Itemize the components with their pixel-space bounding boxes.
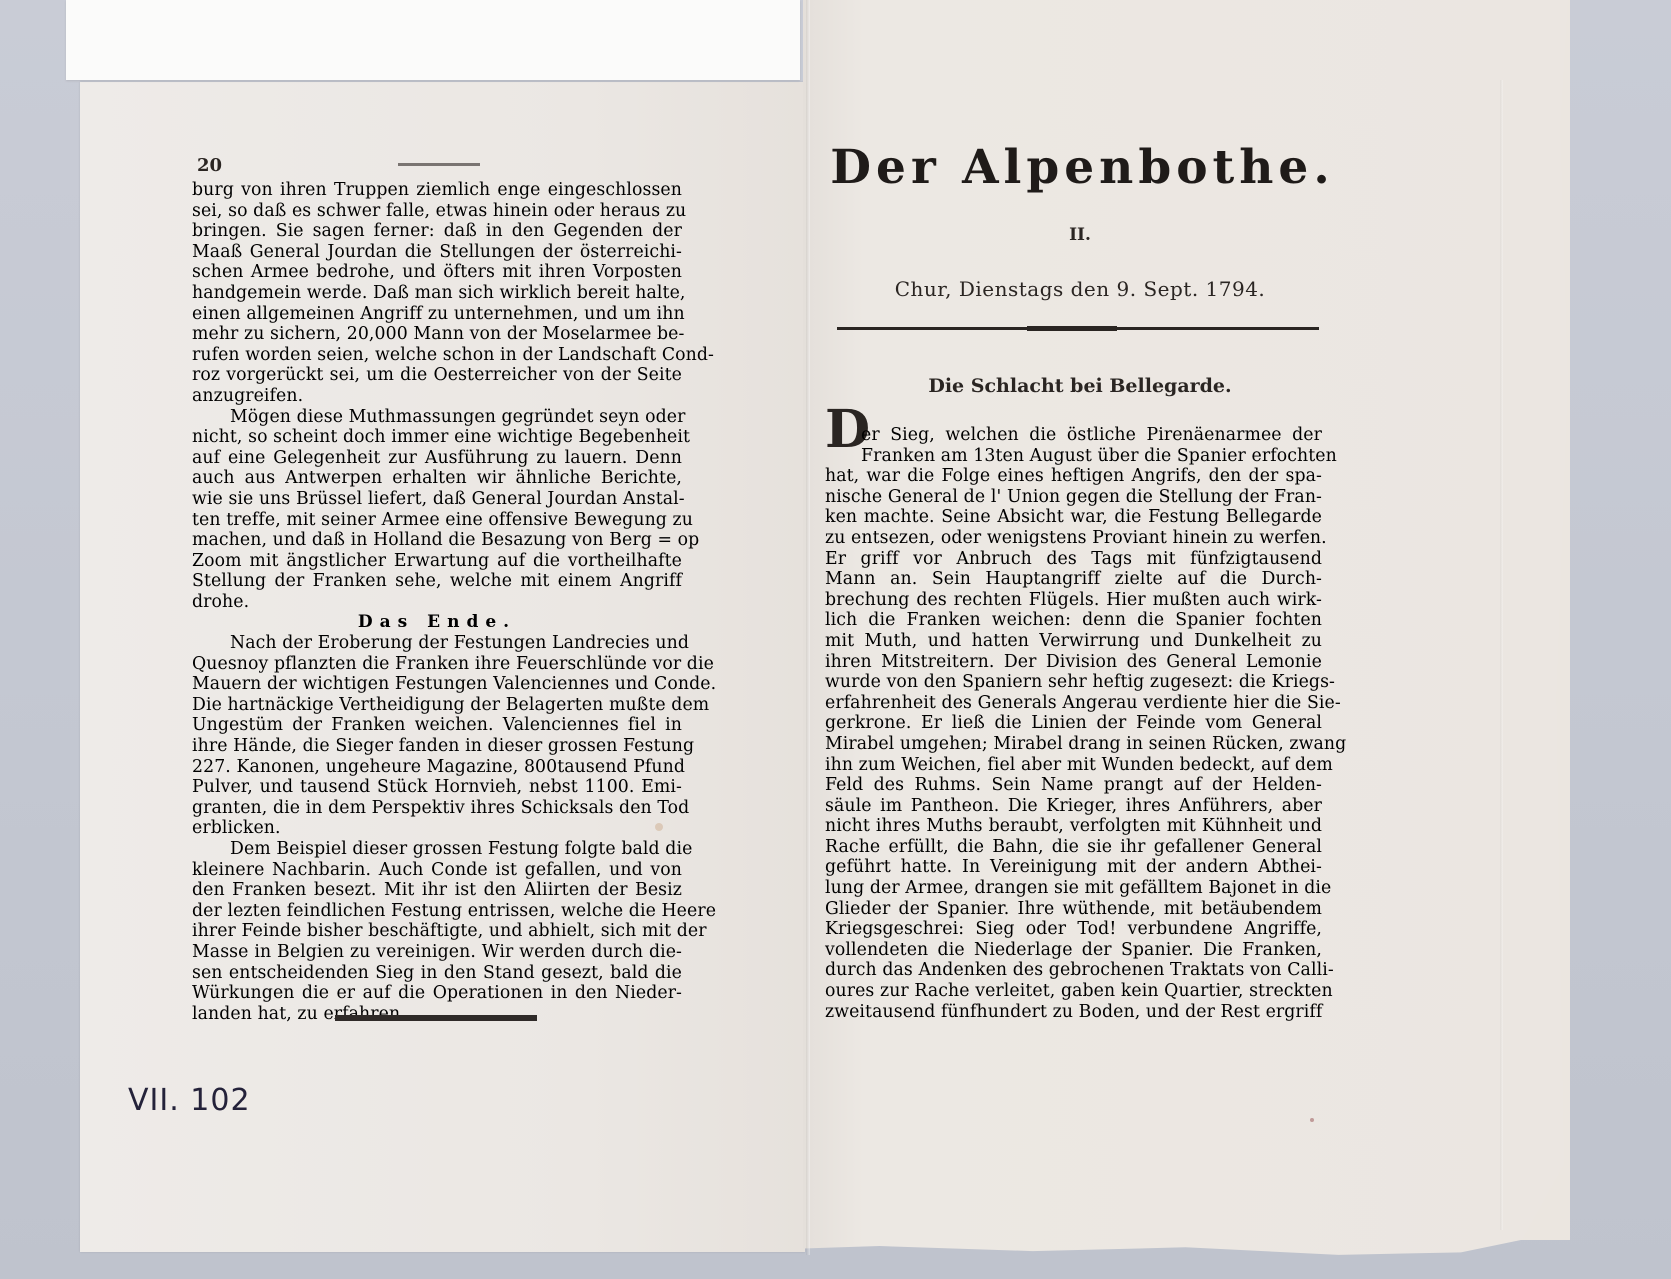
text-line: Ungestüm der Franken weichen. Valencienn…: [192, 715, 682, 736]
text-line: ten treffe, mit seiner Armee eine offens…: [192, 510, 682, 531]
text-line: kleinere Nachbarin. Auch Conde ist gefal…: [192, 860, 682, 881]
text-line: roz vorgerückt sei, um die Oesterreicher…: [192, 365, 682, 386]
text-line: auch aus Antwerpen erhalten wir ähnliche…: [192, 468, 682, 489]
center-fold: [806, 0, 810, 1255]
text-line: Mauern der wichtigen Festungen Valencien…: [192, 674, 682, 695]
right-column-text: er Sieg, welchen die östliche Pirenäenar…: [825, 425, 1322, 1022]
text-line: erfahrenheit des Generals Angerau verdie…: [825, 693, 1322, 714]
issue-number: II.: [1040, 225, 1120, 245]
dateline: Chur, Dienstags den 9. Sept. 1794.: [830, 277, 1330, 301]
text-line: nische General de l' Union gegen die Ste…: [825, 487, 1322, 508]
text-line: zu entsezen, oder wenigstens Proviant hi…: [825, 528, 1322, 549]
text-line: anzugreifen.: [192, 386, 682, 407]
header-rule: [398, 163, 480, 166]
text-line: erblicken.: [192, 818, 682, 839]
text-line: säule im Pantheon. Die Krieger, ihres An…: [825, 796, 1322, 817]
section-heading: Das Ende.: [192, 612, 682, 633]
text-line: Quesnoy pflanzten die Franken ihre Feuer…: [192, 654, 682, 675]
text-line: gerkrone. Er ließ die Linien der Feinde …: [825, 713, 1322, 734]
text-line: lich die Franken weichen: denn die Spani…: [825, 610, 1322, 631]
text-line: Pulver, und tausend Stück Hornvieh, nebs…: [192, 777, 682, 798]
paper-crease: [1500, 80, 1503, 1230]
text-line: Die hartnäckige Vertheidigung der Belage…: [192, 695, 682, 716]
text-line: einen allgemeinen Angriff zu unternehmen…: [192, 304, 682, 325]
text-line: ihn zum Weichen, fiel aber mit Wunden be…: [825, 755, 1322, 776]
text-line: Feld des Ruhms. Sein Name prangt auf der…: [825, 775, 1322, 796]
text-line: mit Muth, und hatten Verwirrung und Dunk…: [825, 631, 1322, 652]
text-line: er Sieg, welchen die östliche Pirenäenar…: [825, 425, 1322, 446]
text-line: Mirabel umgehen; Mirabel drang in seinen…: [825, 734, 1322, 755]
paper-stain: [1310, 1118, 1314, 1122]
text-line: Nach der Eroberung der Festungen Landrec…: [192, 633, 682, 654]
text-line: rufen worden seien, welche schon in der …: [192, 345, 682, 366]
text-line: bringen. Sie sagen ferner: daß in den Ge…: [192, 221, 682, 242]
end-rule: [335, 1015, 537, 1021]
text-line: Franken am 13ten August über die Spanier…: [825, 446, 1322, 467]
text-line: hat, war die Folge eines heftigen Angrif…: [825, 466, 1322, 487]
text-line: Kriegsgeschrei: Sieg oder Tod! verbunden…: [825, 919, 1322, 940]
text-line: Maaß General Jourdan die Stellungen der …: [192, 242, 682, 263]
text-line: handgemein werde. Daß man sich wirklich …: [192, 283, 682, 304]
page-number: 20: [197, 155, 222, 176]
text-line: Er griff vor Anbruch des Tags mit fünfzi…: [825, 549, 1322, 570]
article-title: Die Schlacht bei Bellegarde.: [830, 375, 1330, 397]
text-line: wie sie uns Brüssel liefert, daß General…: [192, 489, 682, 510]
shelfmark-annotation: VII. 102: [128, 1083, 251, 1118]
text-line: Mögen diese Muthmassungen gegründet seyn…: [192, 407, 682, 428]
text-line: Dem Beispiel dieser grossen Festung folg…: [192, 839, 682, 860]
masthead-rule: [837, 327, 1319, 330]
text-line: mehr zu sichern, 20,000 Mann von der Mos…: [192, 324, 682, 345]
text-line: schen Armee bedrohe, und öfters mit ihre…: [192, 262, 682, 283]
text-line: den Franken besezt. Mit ihr ist den Alii…: [192, 880, 682, 901]
text-line: drohe.: [192, 592, 682, 613]
text-line: auf eine Gelegenheit zur Ausführung zu l…: [192, 448, 682, 469]
text-line: sei, so daß es schwer falle, etwas hinei…: [192, 201, 682, 222]
text-line: zweitausend fünfhundert zu Boden, und de…: [825, 1002, 1322, 1023]
text-line: nicht, so scheint doch immer eine wichti…: [192, 427, 682, 448]
text-line: machen, und daß in Holland die Besazung …: [192, 530, 682, 551]
text-line: Masse in Belgien zu vereinigen. Wir werd…: [192, 942, 682, 963]
text-line: oures zur Rache verleitet, gaben kein Qu…: [825, 981, 1322, 1002]
text-line: geführt hatte. In Vereinigung mit der an…: [825, 857, 1322, 878]
text-line: ihren Mitstreitern. Der Division des Gen…: [825, 652, 1322, 673]
text-line: granten, die in dem Perspektiv ihres Sch…: [192, 798, 682, 819]
white-backing-card: [66, 0, 800, 80]
text-line: brechung des rechten Flügels. Hier mußte…: [825, 590, 1322, 611]
text-line: Zoom mit ängstlicher Erwartung auf die v…: [192, 551, 682, 572]
text-line: vollendeten die Niederlage der Spanier. …: [825, 940, 1322, 961]
text-line: wurde von den Spaniern sehr heftig zuges…: [825, 672, 1322, 693]
text-line: durch das Andenken des gebrochenen Trakt…: [825, 960, 1322, 981]
masthead-title: Der Alpenbothe.: [830, 140, 1335, 195]
text-line: Glieder der Spanier. Ihre wüthende, mit …: [825, 899, 1322, 920]
text-line: ihrer Feinde bisher beschäftigte, und ab…: [192, 921, 682, 942]
text-line: Rache erfüllt, die Bahn, die sie ihr gef…: [825, 837, 1322, 858]
text-line: ken machte. Seine Absicht war, die Festu…: [825, 507, 1322, 528]
text-line: nicht ihres Muths beraubt, verfolgten mi…: [825, 816, 1322, 837]
text-line: burg von ihren Truppen ziemlich enge ein…: [192, 180, 682, 201]
text-line: Würkungen die er auf die Operationen in …: [192, 983, 682, 1004]
text-line: ihre Hände, die Sieger fanden in dieser …: [192, 736, 682, 757]
text-line: sen entscheidenden Sieg in den Stand ges…: [192, 963, 682, 984]
text-line: Stellung der Franken sehe, welche mit ei…: [192, 571, 682, 592]
text-line: lung der Armee, drangen sie mit gefällte…: [825, 878, 1322, 899]
text-line: der lezten feindlichen Festung entrissen…: [192, 901, 682, 922]
text-line: Mann an. Sein Hauptangriff zielte auf di…: [825, 569, 1322, 590]
left-column-text: burg von ihren Truppen ziemlich enge ein…: [192, 180, 682, 1024]
paper-stain: [655, 823, 663, 831]
text-line: 227. Kanonen, ungeheure Magazine, 800tau…: [192, 757, 682, 778]
